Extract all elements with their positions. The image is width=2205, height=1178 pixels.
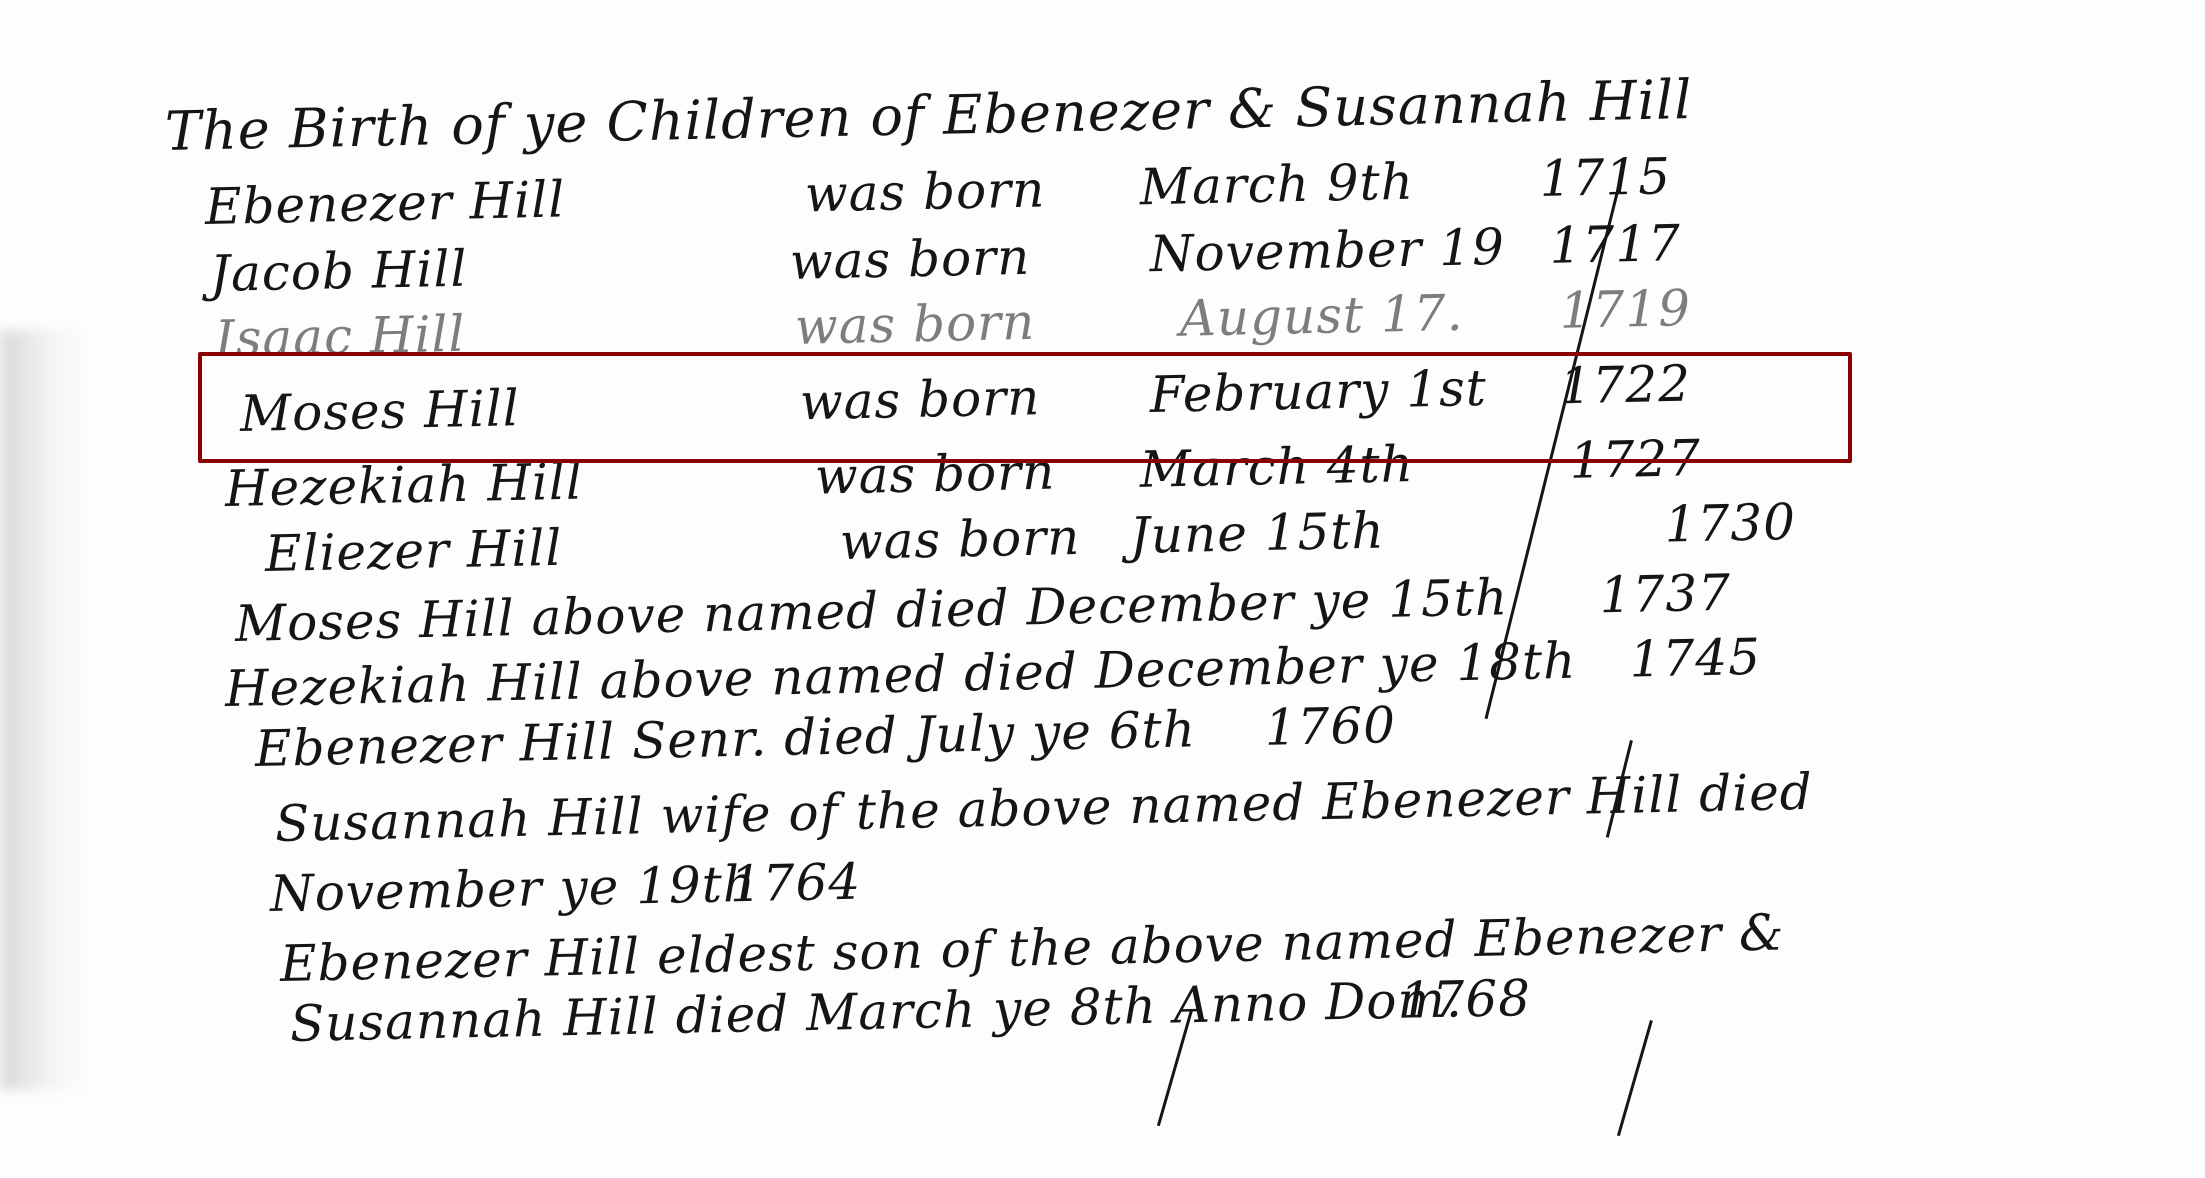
birth-date: February 1st — [1149, 359, 1487, 424]
child-name: Moses Hill — [239, 379, 520, 443]
birth-year: 1715 — [1539, 147, 1671, 208]
death-text: November ye 19th — [269, 855, 756, 923]
child-name: Hezekiah Hill — [224, 453, 583, 518]
child-name: Jacob Hill — [209, 240, 468, 303]
birth-date: March 9th — [1139, 153, 1414, 217]
child-name: Ebenezer Hill — [204, 170, 565, 236]
birth-date: August 17. — [1179, 284, 1464, 348]
born-verb: was born — [799, 368, 1041, 431]
handwritten-record-page: The Birth of ye Children of Ebenezer & S… — [0, 0, 2205, 1178]
death-row-4: Susannah Hill wife of the above named Eb… — [274, 763, 1813, 853]
birth-year: 1717 — [1549, 214, 1681, 275]
death-row-5: November ye 19th 1764 — [269, 844, 1270, 925]
ink-flourish-stroke — [1617, 1020, 1653, 1136]
birth-date: June 15th — [1129, 502, 1385, 565]
birth-date: November 19 — [1149, 218, 1505, 283]
death-text: Susannah Hill wife of the above named Eb… — [274, 763, 1813, 853]
born-verb: was born — [839, 508, 1081, 571]
death-year: 1745 — [1629, 628, 1761, 689]
born-verb: was born — [794, 293, 1036, 356]
birth-year: 1727 — [1569, 429, 1701, 490]
born-verb: was born — [814, 443, 1056, 506]
birth-year: 1730 — [1664, 493, 1796, 554]
birth-date: March 4th — [1139, 435, 1414, 499]
birth-year: 1722 — [1559, 355, 1691, 416]
born-verb: was born — [789, 228, 1031, 291]
death-year: 1737 — [1599, 564, 1731, 625]
birth-year: 1719 — [1559, 279, 1691, 340]
page-edge-smudge — [0, 330, 90, 1090]
death-year: 1764 — [729, 853, 861, 914]
record-title: The Birth of ye Children of Ebenezer & S… — [164, 68, 1693, 163]
child-name: Isaac Hill — [214, 305, 466, 368]
death-year: 1768 — [1399, 969, 1531, 1030]
child-name: Eliezer Hill — [264, 519, 563, 583]
born-verb: was born — [804, 160, 1046, 223]
death-year: 1760 — [1264, 696, 1396, 757]
